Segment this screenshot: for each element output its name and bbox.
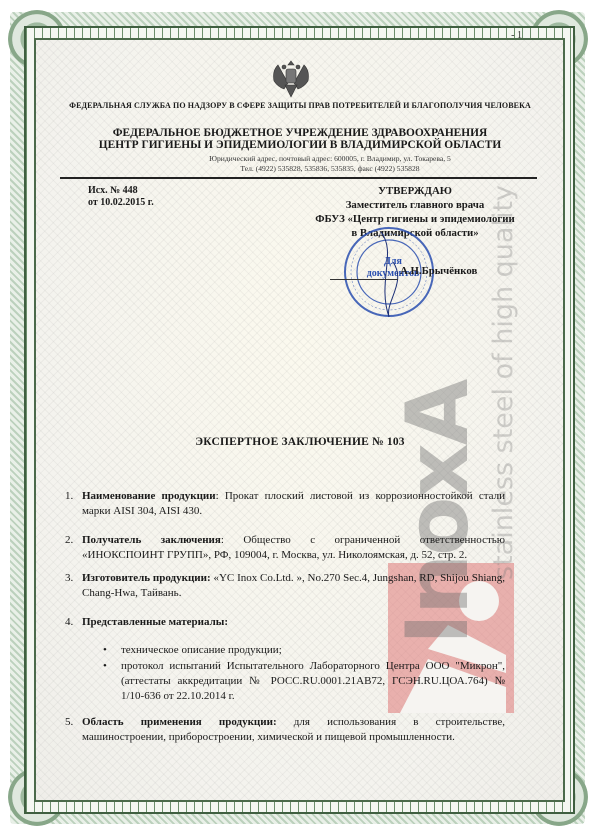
- header-divider: [60, 177, 537, 179]
- agency-name: ФЕДЕРАЛЬНАЯ СЛУЖБА ПО НАДЗОРУ В СФЕРЕ ЗА…: [0, 101, 600, 110]
- section-label: Изготовитель продукции:: [82, 572, 211, 584]
- section-product-name: 1. Наименование продукции: Прокат плоски…: [65, 489, 505, 519]
- organization-address: Юридический адрес, почтовый адрес: 60000…: [30, 154, 600, 163]
- organization-name-line1: ФЕДЕРАЛЬНОЕ БЮДЖЕТНОЕ УЧРЕЖДЕНИЕ ЗДРАВОО…: [0, 127, 600, 139]
- signature-line: [330, 279, 398, 280]
- organization-name-line2: ЦЕНТР ГИГИЕНЫ И ЭПИДЕМИОЛОГИИ В ВЛАДИМИР…: [0, 139, 600, 151]
- section-label: Представленные материалы:: [82, 616, 228, 628]
- organization-phones: Тел. (4922) 535828, 535836, 535835, факс…: [30, 164, 600, 173]
- coat-of-arms-icon: [268, 55, 314, 101]
- inoxa-tagline-watermark: stainless steel of high quality: [488, 185, 519, 580]
- page-marker: - 1: [511, 30, 522, 41]
- document-title: ЭКСПЕРТНОЕ ЗАКЛЮЧЕНИЕ № 103: [0, 436, 600, 448]
- materials-list-item: протокол испытаний Испытательного Лабора…: [103, 659, 505, 704]
- section-label: Наименование продукции: [82, 490, 216, 502]
- outgoing-number: Исх. № 448: [88, 185, 138, 196]
- section-recipient: 2. Получатель заключения: Общество с огр…: [65, 533, 505, 563]
- section-label: Область применения продукции:: [82, 716, 277, 728]
- approval-heading: УТВЕРЖДАЮ: [290, 185, 540, 197]
- outgoing-date: от 10.02.2015 г.: [88, 197, 154, 208]
- approver-position: Заместитель главного врача: [290, 199, 540, 211]
- materials-list-item: техническое описание продукции;: [103, 643, 505, 658]
- section-application-area: 5. Область применения продукции: для исп…: [65, 715, 505, 745]
- section-materials: 4. Представленные материалы:: [65, 615, 505, 630]
- section-label: Получатель заключения: [82, 534, 221, 546]
- section-manufacturer: 3. Изготовитель продукции: «YC Inox Co.L…: [65, 571, 505, 601]
- signer-name: А.Н.Брычёнков: [400, 265, 477, 277]
